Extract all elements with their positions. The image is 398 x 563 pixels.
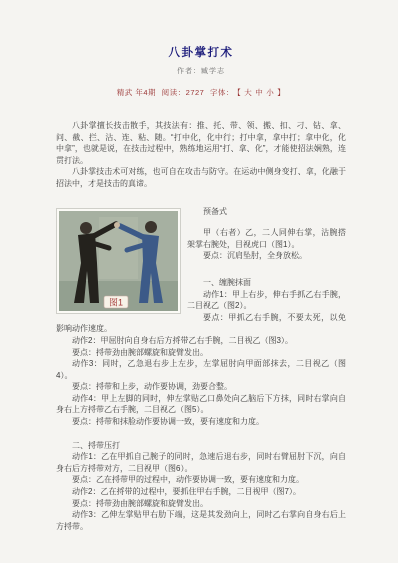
- spacer: [56, 428, 346, 440]
- paragraph: 要点：捋带和上步，动作要协调，劲要合整。: [56, 381, 346, 393]
- font-size-medium[interactable]: 中: [255, 88, 263, 97]
- photo-caption-label: 图1: [104, 296, 128, 308]
- spacer: [56, 190, 346, 206]
- bracket-close: 】: [277, 88, 285, 97]
- paragraph: 动作2：甲屈肘向自身右后方捋带乙右手腕，二目视乙（图3）。: [56, 335, 346, 347]
- font-size-large[interactable]: 大: [244, 88, 252, 97]
- paragraph: 要点：乙在捋带甲的过程中，动作要协调一致，要有速度和力度。: [56, 474, 346, 486]
- paragraph: 八卦掌技击术可对练，也可自在攻击与防守。在运动中侧身变打、拿，化融于招法中，才是…: [56, 166, 346, 189]
- article-body: 八卦掌擅长技击散手，其技法有：推、托、带、领、搬、扣、刁、钻、拿、问、截、拦、沾…: [56, 120, 346, 532]
- paragraph: 动作3：乙伸左掌贴甲右肋下端，这是其发劲向上，同时乙右掌向自身右后上方捋带。: [56, 509, 346, 532]
- author-line: 作者：臧学志: [56, 66, 346, 76]
- two-practitioners-photo: 图1: [59, 211, 178, 311]
- article-meta: 精武 年4期 阅读：2727 字体：【大中小】: [56, 87, 346, 98]
- meta-source: 精武 年4期: [117, 88, 156, 97]
- paragraph: 要点：捋带劲由腕部螺旋和旋臂发出。: [56, 498, 346, 510]
- paragraph: 要点：捋带劲由腕部螺旋和旋臂发出。: [56, 347, 346, 359]
- meta-reads: 阅读：2727: [162, 88, 205, 97]
- meta-font-label: 字体：: [210, 88, 234, 97]
- font-size-small[interactable]: 小: [266, 88, 274, 97]
- paragraph: 动作1：乙在甲抓自己腕子的同时，急速后退右步，同时右臂屈肘下沉，向自身右后方捋带…: [56, 451, 346, 474]
- bracket-open: 【: [237, 88, 241, 97]
- paragraph: 动作3：同时，乙急退右步上左步，左掌屈肘向甲面部抹去，二目视乙（图4）。: [56, 358, 346, 381]
- paragraph: 动作2：乙在捋带的过程中，要抓住甲右手腕，二目视甲（图7）。: [56, 486, 346, 498]
- article-page: 八卦掌打术 作者：臧学志 精武 年4期 阅读：2727 字体：【大中小】 八卦掌…: [0, 0, 398, 532]
- page-title: 八卦掌打术: [56, 44, 346, 60]
- paragraph: 动作4：甲上左脚的同时，伸左掌贴乙口鼻处向乙脑后下方抹，同时右掌向自身右上方捋带…: [56, 393, 346, 416]
- technique-photo-figure-1: 图1: [56, 208, 181, 314]
- paragraph: 要点：甲抓乙右手腕，不要太死，以免影响动作速度。: [56, 312, 346, 335]
- article-header: 八卦掌打术 作者：臧学志 精武 年4期 阅读：2727 字体：【大中小】: [56, 44, 346, 98]
- photo-caption: 图1: [109, 297, 123, 307]
- paragraph: 八卦掌擅长技击散手，其技法有：推、托、带、领、搬、扣、刁、钻、拿、问、截、拦、沾…: [56, 120, 346, 166]
- section-heading-technique-2: 二、捋带压打: [56, 440, 346, 452]
- paragraph: 要点：捋带和抹脸动作要协调一致，要有速度和力度。: [56, 416, 346, 428]
- crossed-hands: [114, 222, 120, 228]
